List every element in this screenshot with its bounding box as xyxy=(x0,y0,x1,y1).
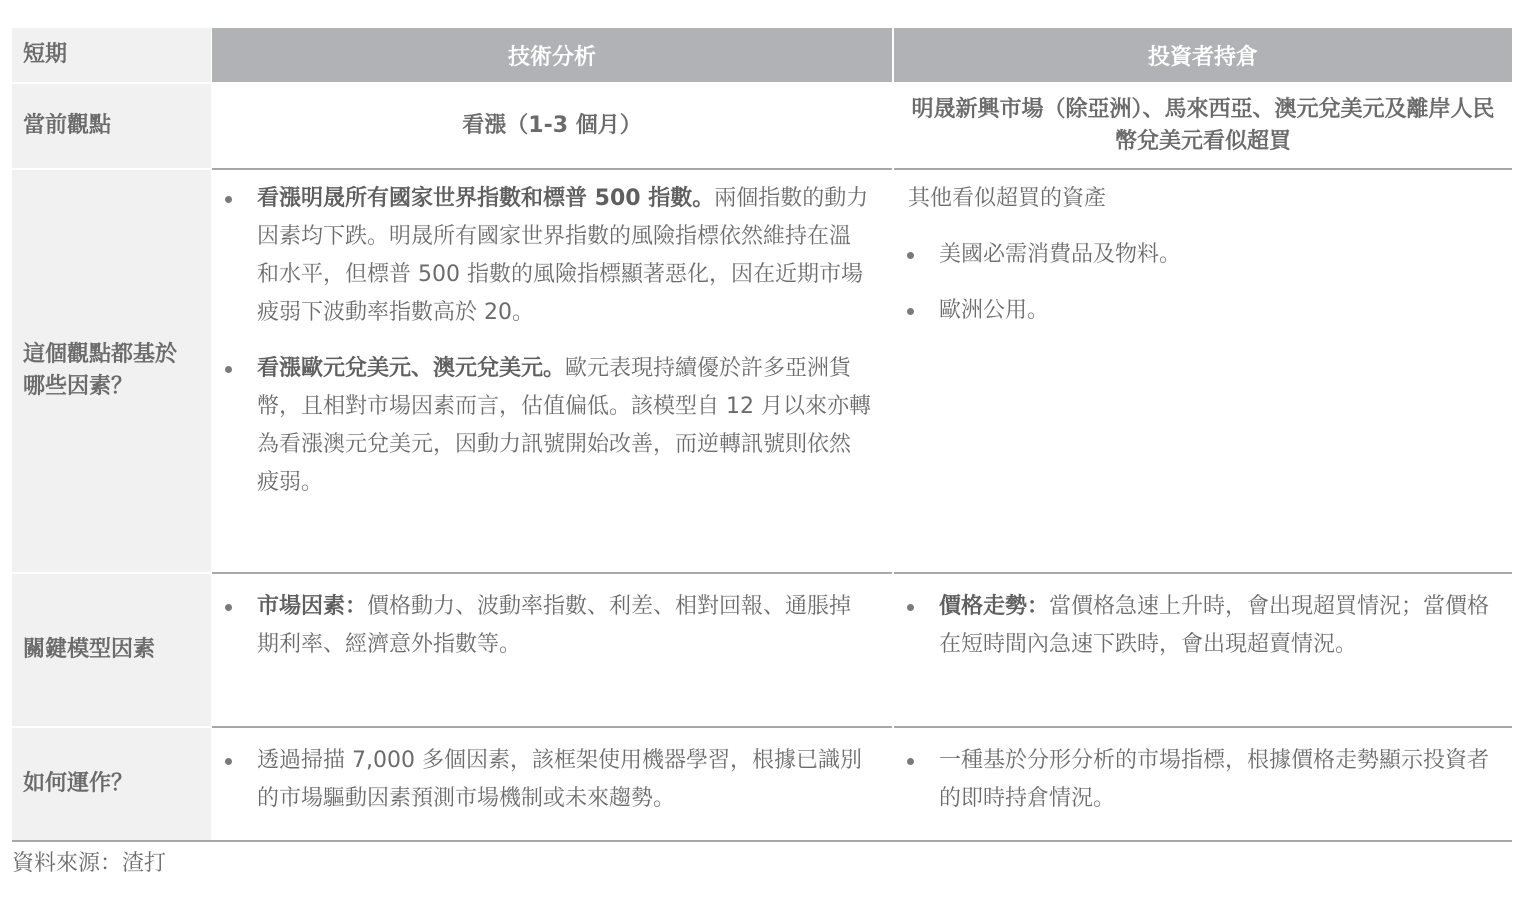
table-row-how-it-works: 如何運作？ 透過掃描 7,000 多個因素，該框架使用機器學習，根據已識別的市場… xyxy=(12,728,1512,840)
list-item: 一種基於分形分析的市場指標，根據價格走勢顯示投資者的即時持倉情況。 xyxy=(894,742,1492,818)
table-row-key-factors: 關鍵模型因素 市場因素：價格動力、波動率指數、利差、相對回報、通脹掉期利率、經濟… xyxy=(12,574,1512,726)
key-factors-technical: 市場因素：價格動力、波動率指數、利差、相對回報、通脹掉期利率、經濟意外指數等。 xyxy=(212,574,892,726)
row-label-key-factors: 關鍵模型因素 xyxy=(12,574,211,726)
table-row-current-view: 當前觀點 看漲（1-3 個月） 明晟新興市場（除亞洲）、馬來西亞、澳元兌美元及離… xyxy=(12,84,1512,168)
row-label-current-view: 當前觀點 xyxy=(12,84,211,168)
how-it-works-technical: 透過掃描 7,000 多個因素，該框架使用機器學習，根據已識別的市場驅動因素預測… xyxy=(212,728,892,840)
list-item: 美國必需消費品及物料。 xyxy=(894,236,1492,274)
table-header-row: 短期 技術分析 投資者持倉 xyxy=(12,28,1512,82)
corner-label: 短期 xyxy=(12,28,211,82)
table-row-factors: 這個觀點都基於哪些因素？ 看漲明晟所有國家世界指數和標普 500 指數。兩個指數… xyxy=(12,170,1512,572)
column-header-positioning: 投資者持倉 xyxy=(894,28,1512,82)
list-item: 市場因素：價格動力、波動率指數、利差、相對回報、通脹掉期利率、經濟意外指數等。 xyxy=(212,588,872,664)
row-label-how-it-works: 如何運作？ xyxy=(12,728,211,840)
positioning-intro: 其他看似超買的資產 xyxy=(894,180,1492,218)
list-item: 歐洲公用。 xyxy=(894,292,1492,330)
row-label-factors: 這個觀點都基於哪些因素？ xyxy=(12,170,211,572)
source-note: 資料來源：渣打 xyxy=(12,848,166,880)
list-item: 價格走勢：當價格急速上升時，會出現超買情況；當價格在短時間內急速下跌時，會出現超… xyxy=(894,588,1492,664)
factors-technical: 看漲明晟所有國家世界指數和標普 500 指數。兩個指數的動力因素均下跌。明晟所有… xyxy=(212,170,892,572)
factors-positioning: 其他看似超買的資產 美國必需消費品及物料。 歐洲公用。 xyxy=(894,170,1512,572)
current-view-positioning: 明晟新興市場（除亞洲）、馬來西亞、澳元兌美元及離岸人民幣兌美元看似超買 xyxy=(894,84,1512,168)
list-item: 看漲明晟所有國家世界指數和標普 500 指數。兩個指數的動力因素均下跌。明晟所有… xyxy=(212,180,872,332)
table-bottom-rule xyxy=(12,840,1512,842)
list-item: 透過掃描 7,000 多個因素，該框架使用機器學習，根據已識別的市場驅動因素預測… xyxy=(212,742,872,818)
comparison-table: 短期 技術分析 投資者持倉 當前觀點 看漲（1-3 個月） 明晟新興市場（除亞洲… xyxy=(12,28,1512,840)
column-header-technical: 技術分析 xyxy=(212,28,892,82)
key-factors-positioning: 價格走勢：當價格急速上升時，會出現超買情況；當價格在短時間內急速下跌時，會出現超… xyxy=(894,574,1512,726)
list-item: 看漲歐元兌美元、澳元兌美元。歐元表現持續優於許多亞洲貨幣，且相對市場因素而言，估… xyxy=(212,350,872,502)
how-it-works-positioning: 一種基於分形分析的市場指標，根據價格走勢顯示投資者的即時持倉情況。 xyxy=(894,728,1512,840)
current-view-technical: 看漲（1-3 個月） xyxy=(212,84,892,168)
